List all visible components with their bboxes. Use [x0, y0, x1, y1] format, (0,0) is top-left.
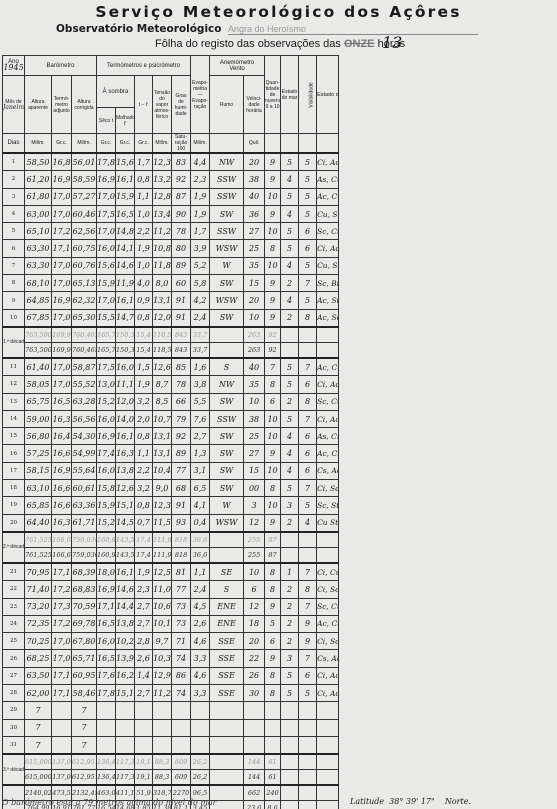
day-number: 1 — [3, 153, 25, 171]
day-number: 18 — [3, 480, 25, 497]
cell-bar: 7 — [25, 736, 52, 754]
cell-hum: 74 — [172, 650, 191, 667]
cell-dry — [97, 736, 116, 754]
unit-6: Milím. — [153, 134, 172, 154]
cell-wet: 14,4 — [116, 598, 135, 615]
remarks-cell — [317, 702, 339, 719]
cell-dry: 17,5 — [97, 358, 116, 376]
col-humidade: Grau de humi-dade — [172, 76, 191, 134]
day-number: 10 — [3, 309, 25, 327]
cell-vap — [153, 719, 172, 736]
remarks-cell — [317, 736, 339, 754]
cell-vap — [153, 702, 172, 719]
cell-hum: 91 — [172, 292, 191, 309]
sum-vap: 111,9 — [153, 547, 172, 563]
sum-vis — [299, 754, 317, 770]
cell-hum: 66 — [172, 393, 191, 410]
cell-evap — [191, 702, 210, 719]
cell-vap: 11,5 — [153, 514, 172, 532]
cell-sea: 5 — [281, 240, 299, 257]
cell-wet: 15,6 — [116, 153, 135, 171]
remarks-cell: Sc, St. — [317, 497, 339, 514]
cell-corr: 65,71 — [72, 650, 97, 667]
cell-dry — [97, 719, 116, 736]
table-row: 868,1017,065,1315,911,94,08,0605,8SW1592… — [3, 275, 555, 292]
cell-dir — [210, 736, 244, 754]
cell-sea: 2 — [281, 393, 299, 410]
cell-vap: 13,4 — [153, 205, 172, 222]
cell-tadj: 17,2 — [52, 615, 72, 632]
cell-wet: 16,1 — [116, 171, 135, 188]
cell-bar: 61,20 — [25, 171, 52, 188]
cell-hum: 60 — [172, 275, 191, 292]
cell-hum: 87 — [172, 188, 191, 205]
cell-dir: SSW — [210, 223, 244, 240]
cell-vap — [153, 736, 172, 754]
cell-wet: 15,1 — [116, 685, 135, 702]
cell-dir: NW — [210, 376, 244, 393]
cell-vap: 13,2 — [153, 171, 172, 188]
cell-evap: 2,3 — [191, 171, 210, 188]
cell-corr: 55,52 — [72, 376, 97, 393]
cell-corr: 60,95 — [72, 667, 97, 684]
units-row: Dias Milím.Gr.c.Milím.Gr.c.Gr.c.Gr.c.Mil… — [3, 134, 555, 154]
sum-vis — [299, 342, 317, 358]
cell-wet: 13,8 — [116, 615, 135, 632]
cell-evap: 3,8 — [191, 376, 210, 393]
sum-corr: 760,465 — [72, 327, 97, 343]
cell-wet: 15,1 — [116, 497, 135, 514]
cell-sea — [281, 719, 299, 736]
cell-bar: 63,00 — [25, 205, 52, 222]
shade-header: À sombra — [97, 76, 135, 108]
cell-vap: 12,5 — [153, 563, 172, 581]
cell-vel: 3 — [244, 497, 265, 514]
cell-cl: 9 — [265, 275, 281, 292]
cell-vis: 6 — [299, 223, 317, 240]
day-number: 20 — [3, 514, 25, 532]
sum-corr: 760,465 — [72, 342, 97, 358]
sum-hum: 818 — [172, 532, 191, 548]
cell-vis: 4 — [299, 514, 317, 532]
cell-wet: 16,3 — [116, 445, 135, 462]
sum-sea — [281, 327, 299, 343]
cell-hum: 92 — [172, 171, 191, 188]
sheet-hour: ONZE — [344, 38, 375, 50]
day-number: 6 — [3, 240, 25, 257]
table-row: 2271,4017,268,8316,914,62,311,0772,4S682… — [3, 581, 555, 598]
cell-vap: 12,3 — [153, 497, 172, 514]
cell-evap: 1,3 — [191, 445, 210, 462]
cell-tadj: 17,2 — [52, 581, 72, 598]
sum-tadj: 169,9 — [52, 327, 72, 343]
cell-tadj: 16,9 — [52, 292, 72, 309]
cell-diff — [135, 702, 153, 719]
cell-cl: 9 — [265, 445, 281, 462]
cell-vis: 5 — [299, 205, 317, 222]
cell-bar: 68,25 — [25, 650, 52, 667]
table-row: 1067,8517,065,3015,514,70,812,0912,4SW10… — [3, 309, 555, 327]
cell-diff: 2,2 — [135, 462, 153, 479]
cell-cl: 9 — [265, 153, 281, 171]
cell-diff: 2,7 — [135, 615, 153, 632]
cell-vel: 35 — [244, 257, 265, 274]
col-molhado: Molhado t' — [116, 108, 135, 134]
cell-bar: 68,10 — [25, 275, 52, 292]
cell-vap: 12,0 — [153, 309, 172, 327]
cell-vel: 22 — [244, 650, 265, 667]
decade-sum-row: 1.ª década763,500169,9760,465165,7150,31… — [3, 327, 555, 343]
cell-vis: 7 — [299, 358, 317, 376]
cell-cl: 8 — [265, 685, 281, 702]
day-number: 2 — [3, 171, 25, 188]
cell-sea: 2 — [281, 633, 299, 650]
barometer-header: Barómetro — [25, 56, 97, 76]
table-row: 1556,8016,454,3016,916,10,813,1922,7SW25… — [3, 428, 555, 445]
cell-dir: WSW — [210, 240, 244, 257]
sum-wet: 143,5 — [116, 532, 135, 548]
cell-sea: 4 — [281, 171, 299, 188]
cell-evap — [191, 736, 210, 754]
cell-diff: 1,1 — [135, 445, 153, 462]
cell-corr: 62,32 — [72, 292, 97, 309]
cell-vel: 12 — [244, 598, 265, 615]
col-rumo: Rumo — [210, 76, 244, 134]
remarks-cell: Sc, Bruma — [317, 275, 339, 292]
sum-tadj: 166,6 — [52, 547, 72, 563]
cell-vis: 6 — [299, 376, 317, 393]
cell-corr: 7 — [72, 736, 97, 754]
col-tensao-vapor: Tensão do vapor atmos-férico — [153, 76, 172, 134]
cell-cl: 8 — [265, 581, 281, 598]
cell-dir: SW — [210, 480, 244, 497]
cell-vel: 12 — [244, 514, 265, 532]
cell-vis: 7 — [299, 480, 317, 497]
day-number: 15 — [3, 428, 25, 445]
cell-evap — [191, 719, 210, 736]
cell-diff: 2,3 — [135, 581, 153, 598]
col-altura-corrigida: Altura corrigida — [72, 76, 97, 134]
cell-vap: 10,7 — [153, 410, 172, 427]
cell-sea — [281, 702, 299, 719]
cell-diff: 0,8 — [135, 497, 153, 514]
unit-4: Gr.c. — [116, 134, 135, 154]
cell-dry: 17,4 — [97, 445, 116, 462]
cell-sea: 5 — [281, 480, 299, 497]
cell-bar: 62,00 — [25, 685, 52, 702]
cell-diff — [135, 736, 153, 754]
cell-corr: 60,75 — [72, 240, 97, 257]
cell-cl — [265, 702, 281, 719]
cell-corr: 70,59 — [72, 598, 97, 615]
cell-hum — [172, 736, 191, 754]
cell-tadj: 16,9 — [52, 171, 72, 188]
unit-2: Milím. — [72, 134, 97, 154]
cell-vel: 20 — [244, 292, 265, 309]
cell-cl — [265, 736, 281, 754]
cell-sea: 5 — [281, 153, 299, 171]
sum-cl: 92 — [265, 327, 281, 343]
unit-1: Gr.c. — [52, 134, 72, 154]
cell-dry: 17,0 — [97, 188, 116, 205]
unit-9 — [210, 134, 244, 154]
day-number: 16 — [3, 445, 25, 462]
anemometer-header: AnemómetroVento — [210, 56, 265, 76]
cell-dir: SW — [210, 445, 244, 462]
table-row: 1863,1016,660,6115,812,63,29,0686,5SW008… — [3, 480, 555, 497]
table-row: 158,5016,856,0117,815,61,712,3834,4NW209… — [3, 153, 555, 171]
cell-sea: 2 — [281, 514, 299, 532]
cell-diff: 1,9 — [135, 563, 153, 581]
cell-dir: SW — [210, 393, 244, 410]
cell-evap: 3,1 — [191, 462, 210, 479]
sum-vis — [299, 770, 317, 786]
totals-sea — [281, 785, 299, 801]
cell-evap: 6,5 — [191, 480, 210, 497]
cell-bar: 58,50 — [25, 153, 52, 171]
cell-cl: 9 — [265, 514, 281, 532]
cell-dry: 15,6 — [97, 257, 116, 274]
cell-wet: 14,0 — [116, 410, 135, 427]
cell-wet: 11,1 — [116, 376, 135, 393]
cell-dir: SW — [210, 462, 244, 479]
cell-sea: 5 — [281, 667, 299, 684]
cell-dir: S — [210, 358, 244, 376]
cell-diff: 4,0 — [135, 275, 153, 292]
table-row: 1758,1516,955,6416,013,82,210,4773,1SW15… — [3, 462, 555, 479]
cell-tadj: 16,6 — [52, 497, 72, 514]
cell-diff: 2,6 — [135, 650, 153, 667]
cell-dir: SW — [210, 309, 244, 327]
sum-dry: 165,7 — [97, 327, 116, 343]
cell-vis: 7 — [299, 650, 317, 667]
day-number: 11 — [3, 358, 25, 376]
cell-vap: 9,0 — [153, 480, 172, 497]
cell-dry — [97, 702, 116, 719]
cell-tadj — [52, 719, 72, 736]
cell-vap: 11,8 — [153, 257, 172, 274]
day-number: 23 — [3, 598, 25, 615]
cell-cl: 8 — [265, 563, 281, 581]
sheet-title: Fôlha do registo das observações das ONZ… — [155, 38, 405, 50]
remarks-cell: Cu, St — [317, 205, 339, 222]
sum-evap: 26,2 — [191, 754, 210, 770]
cell-dry: 13,0 — [97, 376, 116, 393]
sum-wet: 117,3 — [116, 770, 135, 786]
cell-bar: 58,15 — [25, 462, 52, 479]
cell-cl: 10 — [265, 257, 281, 274]
unit-10: Quil. — [244, 134, 265, 154]
cell-diff: 0,9 — [135, 292, 153, 309]
sum-hum: 609 — [172, 754, 191, 770]
sum-corr: 612,951 — [72, 770, 97, 786]
footer-latitude: Latitude 38° 39' 17" Norte. — [350, 797, 471, 806]
cell-vel: 38 — [244, 171, 265, 188]
remarks-cell: As, Cu, St. — [317, 171, 339, 188]
cell-corr: 58,59 — [72, 171, 97, 188]
cell-evap: 4,4 — [191, 153, 210, 171]
table-row: 3177 — [3, 736, 555, 754]
days-header: Dias — [3, 134, 25, 154]
table-row: 1161,4017,058,8717,516,01,512,6851,6S407… — [3, 358, 555, 376]
cell-bar: 64,85 — [25, 292, 52, 309]
cell-sea: 1 — [281, 563, 299, 581]
cell-vel: 40 — [244, 188, 265, 205]
cell-dry: 16,0 — [97, 462, 116, 479]
cell-dry: 16,0 — [97, 410, 116, 427]
sum-bar: 615,000 — [25, 770, 52, 786]
cell-bar: 65,10 — [25, 223, 52, 240]
cell-vel: 15 — [244, 275, 265, 292]
cell-tadj: 16,9 — [52, 462, 72, 479]
cell-bar: 67,85 — [25, 309, 52, 327]
cell-vis: 6 — [299, 462, 317, 479]
sum-evap: 36,6 — [191, 532, 210, 548]
cell-cl: 10 — [265, 223, 281, 240]
cell-vap: 10,3 — [153, 650, 172, 667]
cell-corr: 54,99 — [72, 445, 97, 462]
sum-vel: 144 — [244, 754, 265, 770]
cell-vel: 26 — [244, 667, 265, 684]
sum-tadj: 169,9 — [52, 342, 72, 358]
sum-sea — [281, 532, 299, 548]
sum-diff: 17,4 — [135, 532, 153, 548]
cell-cl: 9 — [265, 309, 281, 327]
remarks-cell: Ci, Ac, Cu. Bruma chuva leve às 10 h 30 — [317, 685, 339, 702]
cell-cl — [265, 719, 281, 736]
day-number: 3 — [3, 188, 25, 205]
visibility-header: Visibilidade — [299, 56, 317, 134]
cell-hum: 91 — [172, 497, 191, 514]
sum-remarks — [317, 547, 339, 563]
col-altura-aparente: Altura aparente — [25, 76, 52, 134]
cell-dry: 16,9 — [97, 171, 116, 188]
cell-tadj: 17,1 — [52, 667, 72, 684]
cell-vis: 5 — [299, 188, 317, 205]
cell-vis: 5 — [299, 171, 317, 188]
sum-wet: 143,5 — [116, 547, 135, 563]
col-termometro-adjunto: Termó-metro adjunto — [52, 76, 72, 134]
table-row: 964,8516,962,3217,016,10,913,1914,2WSW20… — [3, 292, 555, 309]
cell-vap: 10,6 — [153, 598, 172, 615]
cell-diff — [135, 719, 153, 736]
cell-hum — [172, 719, 191, 736]
cell-hum: 89 — [172, 257, 191, 274]
table-row: 1258,0517,055,5213,011,11,98,7783,8NW358… — [3, 376, 555, 393]
cell-wet: 14,6 — [116, 257, 135, 274]
cell-dir: NW — [210, 153, 244, 171]
cell-tadj: 16,5 — [52, 393, 72, 410]
sum-dir — [210, 770, 244, 786]
sum-sea — [281, 770, 299, 786]
cell-vis: 7 — [299, 563, 317, 581]
cell-bar: 61,80 — [25, 188, 52, 205]
cell-cl: 10 — [265, 410, 281, 427]
cell-hum: 73 — [172, 598, 191, 615]
cell-cl: 10 — [265, 497, 281, 514]
means-vel: 23,6 — [244, 801, 265, 809]
cell-vap: 12,6 — [153, 358, 172, 376]
cell-wet: 16,1 — [116, 292, 135, 309]
cell-cl: 9 — [265, 598, 281, 615]
cell-hum: 73 — [172, 615, 191, 632]
cell-hum: 92 — [172, 428, 191, 445]
table-row: 2668,2517,065,7116,513,92,610,3743,3SSE2… — [3, 650, 555, 667]
cell-vel: 25 — [244, 240, 265, 257]
day-number: 26 — [3, 650, 25, 667]
cell-hum: 86 — [172, 667, 191, 684]
cell-sea: 2 — [281, 309, 299, 327]
cell-vis: 5 — [299, 257, 317, 274]
sum-vel: 263 — [244, 327, 265, 343]
sum-vel: 144 — [244, 770, 265, 786]
sum-vel: 255 — [244, 532, 265, 548]
sum-diff: 19,1 — [135, 770, 153, 786]
unit-8: Milím. — [191, 134, 210, 154]
sum-vis — [299, 532, 317, 548]
sum-dir — [210, 342, 244, 358]
sum-dir — [210, 532, 244, 548]
cell-cl: 7 — [265, 358, 281, 376]
cell-hum: 89 — [172, 445, 191, 462]
means-sea — [281, 801, 299, 809]
cell-vel: 18 — [244, 615, 265, 632]
day-number: 9 — [3, 292, 25, 309]
sum-diff: 19,1 — [135, 754, 153, 770]
cell-evap: 1,7 — [191, 223, 210, 240]
cell-tadj: 16,4 — [52, 428, 72, 445]
cell-vel: 38 — [244, 410, 265, 427]
cell-sea: 2 — [281, 581, 299, 598]
cell-hum — [172, 702, 191, 719]
cell-bar: 65,85 — [25, 497, 52, 514]
cell-dir: WSW — [210, 292, 244, 309]
cell-vap: 8,0 — [153, 275, 172, 292]
cell-vel: 15 — [244, 462, 265, 479]
sum-dry: 136,4 — [97, 754, 116, 770]
cell-vel — [244, 736, 265, 754]
cell-vis — [299, 736, 317, 754]
sum-wet: 150,3 — [116, 327, 135, 343]
cell-wet — [116, 702, 135, 719]
cell-vis: 8 — [299, 393, 317, 410]
cell-dry: 16,0 — [97, 240, 116, 257]
day-number: 5 — [3, 223, 25, 240]
table-row: 261,2016,958,5916,916,10,813,2922,3SSW38… — [3, 171, 555, 188]
cell-corr: 65,13 — [72, 275, 97, 292]
cell-vis: 9 — [299, 615, 317, 632]
cell-wet — [116, 736, 135, 754]
cell-wet: 13,9 — [116, 650, 135, 667]
sum-vap: 88,3 — [153, 770, 172, 786]
cell-corr: 69,78 — [72, 615, 97, 632]
sum-vel: 255 — [244, 547, 265, 563]
sum-dry: 160,9 — [97, 532, 116, 548]
unit-7: Satu-ração 100 — [172, 134, 191, 154]
cell-dry: 15,5 — [97, 309, 116, 327]
cell-dir: SE — [210, 563, 244, 581]
cell-dir: W — [210, 257, 244, 274]
sum-wet: 117,3 — [116, 754, 135, 770]
cell-hum: 68 — [172, 480, 191, 497]
cell-wet: 11,9 — [116, 275, 135, 292]
cell-tadj: 17,0 — [52, 205, 72, 222]
cell-sea: 3 — [281, 497, 299, 514]
cell-wet: 10,2 — [116, 633, 135, 650]
col-t-diff: t − t' — [135, 76, 153, 134]
cell-vel: 20 — [244, 633, 265, 650]
cell-bar: 63,10 — [25, 480, 52, 497]
